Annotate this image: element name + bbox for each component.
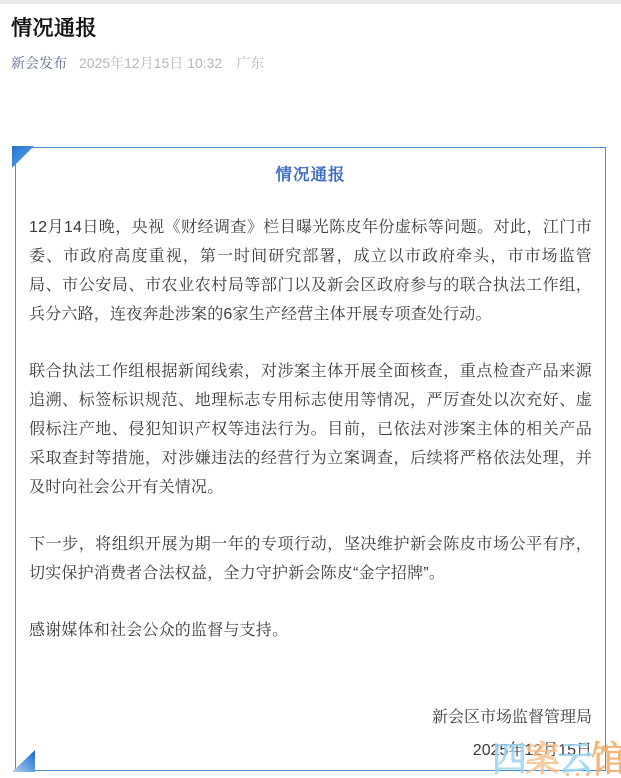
notice-paragraph-1: 12月14日晚，央视《财经调查》栏目曝光陈皮年份虚标等问题。对此，江门市委、市政… bbox=[29, 213, 592, 329]
post-meta: 新会发布 2025年12月15日 10:32 广东 bbox=[11, 53, 264, 73]
notice-signature: 新会区市场监督管理局 bbox=[29, 706, 592, 730]
notice-card: 情况通报 12月14日晚，央视《财经调查》栏目曝光陈皮年份虚标等问题。对此，江门… bbox=[15, 147, 606, 771]
top-edge-strip bbox=[0, 0, 621, 4]
notice-body: 12月14日晚，央视《财经调查》栏目曝光陈皮年份虚标等问题。对此，江门市委、市政… bbox=[29, 213, 592, 645]
page-title: 情况通报 bbox=[11, 12, 97, 42]
notice-paragraph-2: 联合执法工作组根据新闻线索，对涉案主体开展全面核查，重点检查产品来源追溯、标签标… bbox=[29, 357, 592, 502]
account-link[interactable]: 新会发布 bbox=[11, 53, 67, 73]
notice-paragraph-3: 下一步，将组织开展为期一年的专项行动，坚决维护新会陈皮市场公平有序，切实保护消费… bbox=[29, 530, 592, 588]
post-location: 广东 bbox=[236, 53, 264, 73]
watermark-dots bbox=[566, 773, 569, 776]
notice-date: 2025年12月15日 bbox=[29, 739, 592, 763]
post-page: { "header": { "title": "情况通报", "account"… bbox=[0, 0, 621, 778]
notice-paragraph-4: 感谢媒体和社会公众的监督与支持。 bbox=[29, 616, 592, 645]
notice-title: 情况通报 bbox=[29, 161, 592, 185]
post-timestamp: 2025年12月15日 10:32 bbox=[79, 53, 222, 73]
